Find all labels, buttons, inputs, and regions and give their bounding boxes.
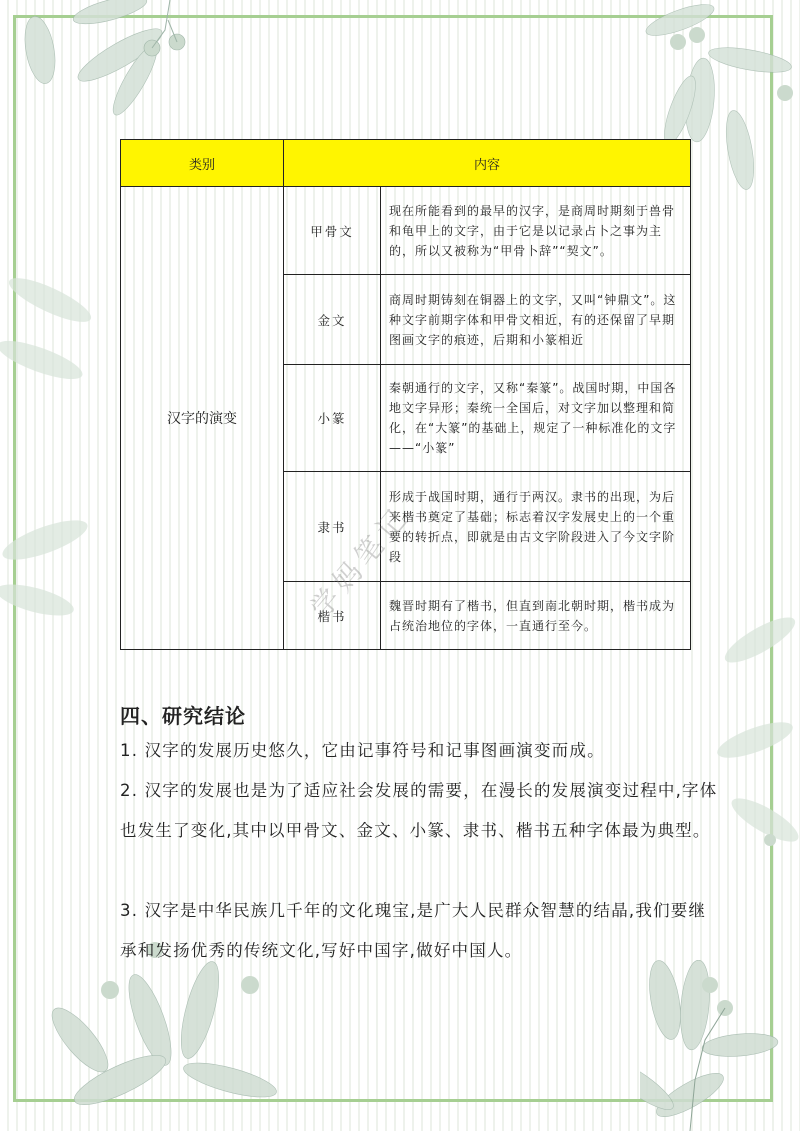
leaf-decoration-left-icon	[0, 240, 110, 660]
script-description-cell: 现在所能看到的最早的汉字，是商周时期刻于兽骨和龟甲上的文字，由于它是以记录占卜之…	[381, 187, 691, 275]
table-header-category: 类别	[121, 140, 284, 187]
script-description-cell: 秦朝通行的文字，又称“秦篆”。战国时期，中国各地文字异形；秦统一全国后，对文字加…	[381, 365, 691, 472]
category-cell: 汉字的演变	[121, 187, 284, 650]
script-description-cell: 商周时期铸刻在铜器上的文字，又叫“钟鼎文”。这种文字前期字体和甲骨文相近，有的还…	[381, 275, 691, 365]
script-evolution-table: 类别 内容 汉字的演变 甲骨文 现在所能看到的最早的汉字，是商周时期刻于兽骨和龟…	[120, 139, 691, 650]
conclusion-item: 2. 汉字的发展也是为了适应社会发展的需要，在漫长的发展演变过程中,字体也发生了…	[120, 771, 720, 851]
leaf-decoration-top-left-icon	[0, 0, 220, 160]
leaf-decoration-bottom-right-icon	[640, 960, 800, 1131]
section-heading: 四、研究结论	[120, 700, 246, 729]
script-name-cell: 小篆	[284, 365, 381, 472]
conclusion-item: 1. 汉字的发展历史悠久，它由记事符号和记事图画演变而成。	[120, 731, 720, 771]
table-row: 汉字的演变 甲骨文 现在所能看到的最早的汉字，是商周时期刻于兽骨和龟甲上的文字，…	[121, 187, 691, 275]
conclusion-item: 3. 汉字是中华民族几千年的文化瑰宝,是广大人民群众智慧的结晶,我们要继承和发扬…	[120, 891, 720, 971]
script-description-cell: 形成于战国时期，通行于两汉。隶书的出现，为后来楷书奠定了基础；标志着汉字发展史上…	[381, 472, 691, 582]
script-description-cell: 魏晋时期有了楷书，但直到南北朝时期，楷书成为占统治地位的字体，一直通行至今。	[381, 582, 691, 650]
table-header-content: 内容	[284, 140, 691, 187]
script-name-cell: 金文	[284, 275, 381, 365]
script-name-cell: 甲骨文	[284, 187, 381, 275]
